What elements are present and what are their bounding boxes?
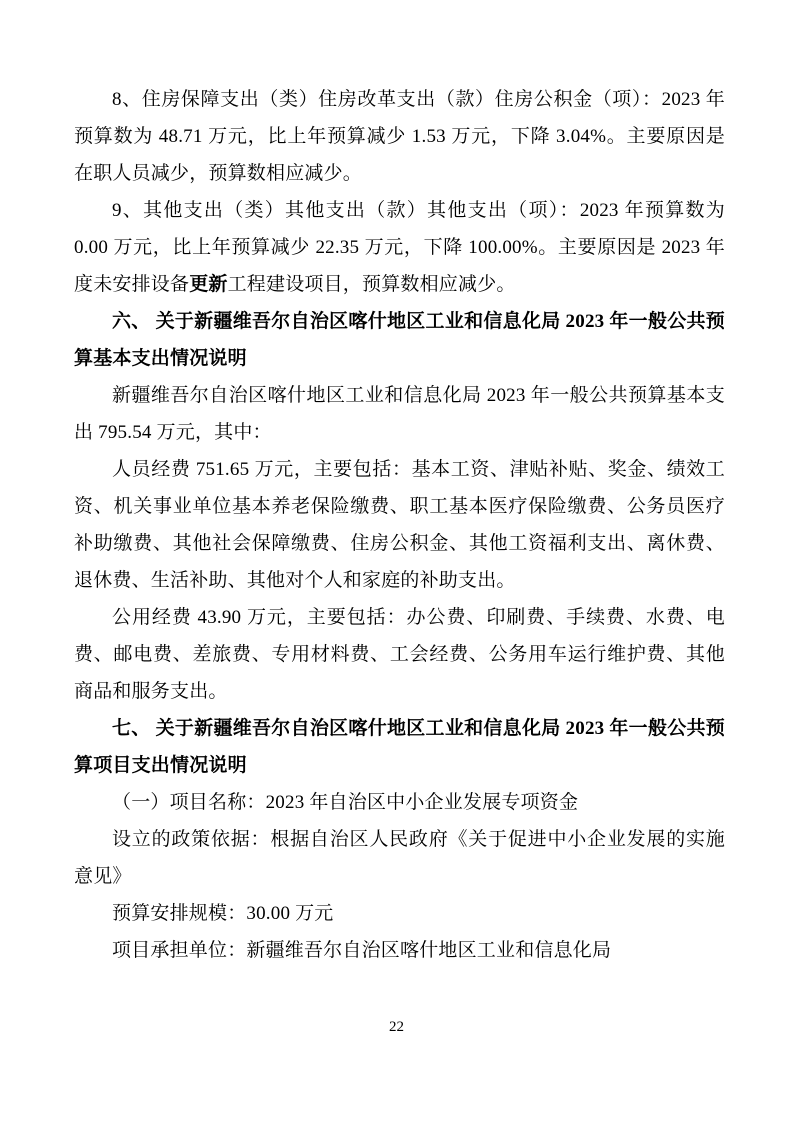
section-heading-six-basic-expenditure: 六、 关于新疆维吾尔自治区喀什地区工业和信息化局 2023 年一般公共预算基本支… bbox=[74, 303, 725, 377]
paragraph-basic-expenditure-total: 新疆维吾尔自治区喀什地区工业和信息化局 2023 年一般公共预算基本支出 795… bbox=[74, 377, 725, 451]
bold-term-update: 更新 bbox=[189, 274, 227, 295]
paragraph-other-expenditure: 9、其他支出（类）其他支出（款）其他支出（项）：2023 年预算数为 0.00 … bbox=[74, 192, 725, 303]
document-page: 8、住房保障支出（类）住房改革支出（款）住房公积金（项）：2023 年预算数为 … bbox=[0, 0, 793, 1122]
paragraph-other-expenditure-tail: 工程建设项目，预算数相应减少。 bbox=[228, 274, 516, 295]
paragraph-housing-expenditure: 8、住房保障支出（类）住房改革支出（款）住房公积金（项）：2023 年预算数为 … bbox=[74, 81, 725, 192]
paragraph-budget-scale: 预算安排规模：30.00 万元 bbox=[74, 895, 725, 932]
paragraph-policy-basis: 设立的政策依据：根据自治区人民政府《关于促进中小企业发展的实施意见》 bbox=[74, 821, 725, 895]
paragraph-public-operating-funds: 公用经费 43.90 万元，主要包括：办公费、印刷费、手续费、水费、电费、邮电费… bbox=[74, 599, 725, 710]
section-heading-seven-project-expenditure: 七、 关于新疆维吾尔自治区喀什地区工业和信息化局 2023 年一般公共预算项目支… bbox=[74, 710, 725, 784]
paragraph-personnel-funds: 人员经费 751.65 万元，主要包括：基本工资、津贴补贴、奖金、绩效工资、机关… bbox=[74, 451, 725, 599]
page-number: 22 bbox=[0, 1016, 793, 1038]
paragraph-undertaking-unit: 项目承担单位：新疆维吾尔自治区喀什地区工业和信息化局 bbox=[74, 932, 725, 969]
paragraph-project-name: （一）项目名称：2023 年自治区中小企业发展专项资金 bbox=[74, 784, 725, 821]
